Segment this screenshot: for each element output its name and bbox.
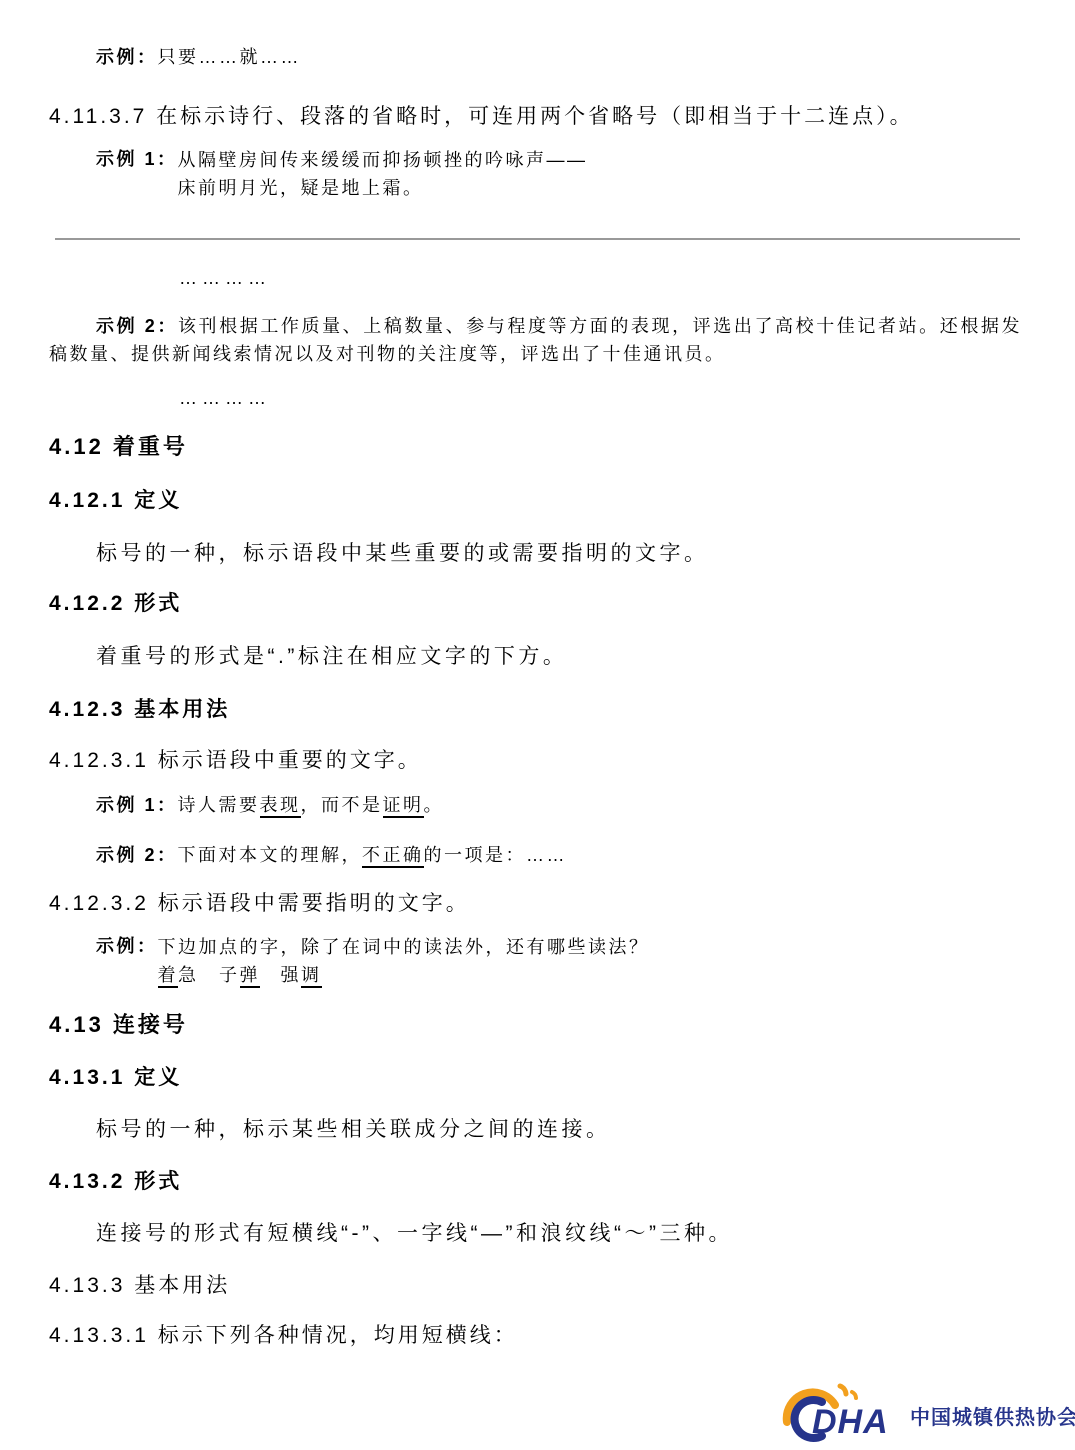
example-block-reading: 示例 2： 下面对本文的理解，不正确的一项是：…… xyxy=(96,842,567,869)
example-label: 示例 2： xyxy=(96,316,178,336)
example-label: 示例 1： xyxy=(96,792,178,819)
example-text-line2: 床前明月光，疑是地上霜。 xyxy=(178,174,588,202)
example-block-ellipsis-pair: 示例： 只要……就…… xyxy=(96,44,301,71)
logo-orange-wave-1 xyxy=(840,1386,846,1394)
example-block-dotted-words: 示例： 下边加点的字，除了在词中的读法外，还有哪些读法？ 着急 子弹 强调 xyxy=(96,933,650,989)
section-heading-4-12-1: 4.12.1 定义 xyxy=(49,484,182,514)
section-heading-4-12: 4.12 着重号 xyxy=(49,430,188,461)
body-paragraph-4-12-2: 着重号的形式是“.”标注在相应文字的下方。 xyxy=(96,640,567,670)
section-heading-4-13-2: 4.13.2 形式 xyxy=(49,1165,182,1195)
page-divider xyxy=(55,238,1020,240)
example-text-line1: 下边加点的字，除了在词中的读法外，还有哪些读法？ xyxy=(158,933,650,961)
ellipsis-dots-line: ………… xyxy=(179,268,271,289)
example-block-journal: 示例 2：该刊根据工作质量、上稿数量、参与程度等方面的表现，评选出了高校十佳记者… xyxy=(49,312,1022,368)
section-heading-4-11-3-7: 4.11.3.7 在标示诗行、段落的省略时，可连用两个省略号（即相当于十二连点）… xyxy=(49,100,914,130)
section-heading-4-12-3: 4.12.3 基本用法 xyxy=(49,693,230,723)
logo-org-name: 中国城镇供热协会 xyxy=(910,1401,1075,1430)
example-text: 该刊根据工作质量、上稿数量、参与程度等方面的表现，评选出了高校十佳记者站。还根据… xyxy=(49,316,1022,364)
body-paragraph-4-13-1: 标号的一种，标示某些相关联成分之间的连接。 xyxy=(96,1113,611,1143)
example-label: 示例： xyxy=(96,44,158,71)
logo-cdha: DHA 中国城镇供热协会 xyxy=(780,1372,1075,1444)
section-heading-4-13-3-1: 4.13.3.1 标示下列各种情况，均用短横线： xyxy=(49,1319,518,1349)
logo-orange-wave-2 xyxy=(852,1392,856,1398)
section-heading-4-13-3: 4.13.3 基本用法 xyxy=(49,1269,230,1299)
example-label: 示例： xyxy=(96,933,158,989)
example-block-poet: 示例 1： 诗人需要表现，而不是证明。 xyxy=(96,792,444,819)
cdha-logo-mark-icon: DHA xyxy=(780,1372,898,1444)
example-text-line2-underlined: 着急 子弹 强调 xyxy=(158,961,650,989)
section-heading-4-12-3-1: 4.12.3.1 标示语段中重要的文字。 xyxy=(49,744,422,774)
section-heading-4-12-3-2: 4.12.3.2 标示语段中需要指明的文字。 xyxy=(49,887,470,917)
section-heading-4-12-2: 4.12.2 形式 xyxy=(49,587,182,617)
body-paragraph-4-13-2: 连接号的形式有短横线“-”、一字线“—”和浪纹线“～”三种。 xyxy=(96,1217,733,1247)
ellipsis-dots-line: ………… xyxy=(179,388,271,409)
example-lines: 从隔壁房间传来缓缓而抑扬顿挫的吟咏声—— 床前明月光，疑是地上霜。 xyxy=(178,146,588,202)
section-heading-4-13: 4.13 连接号 xyxy=(49,1008,188,1039)
example-text-line1: 从隔壁房间传来缓缓而抑扬顿挫的吟咏声—— xyxy=(178,146,588,174)
example-label: 示例 2： xyxy=(96,842,178,869)
logo-acronym: DHA xyxy=(812,1403,889,1441)
body-paragraph-4-12-1: 标号的一种，标示语段中某些重要的或需要指明的文字。 xyxy=(96,537,709,567)
example-block-poem: 示例 1： 从隔壁房间传来缓缓而抑扬顿挫的吟咏声—— 床前明月光，疑是地上霜。 xyxy=(96,146,588,202)
example-text-underlined: 下面对本文的理解，不正确的一项是：…… xyxy=(178,842,568,869)
section-heading-4-13-1: 4.13.1 定义 xyxy=(49,1061,182,1091)
example-lines: 下边加点的字，除了在词中的读法外，还有哪些读法？ 着急 子弹 强调 xyxy=(158,933,650,989)
example-text: 只要……就…… xyxy=(158,44,302,71)
example-text-underlined: 诗人需要表现，而不是证明。 xyxy=(178,792,445,819)
document-page: 示例： 只要……就…… 4.11.3.7 在标示诗行、段落的省略时，可连用两个省… xyxy=(0,0,1075,1450)
example-label: 示例 1： xyxy=(96,146,178,202)
